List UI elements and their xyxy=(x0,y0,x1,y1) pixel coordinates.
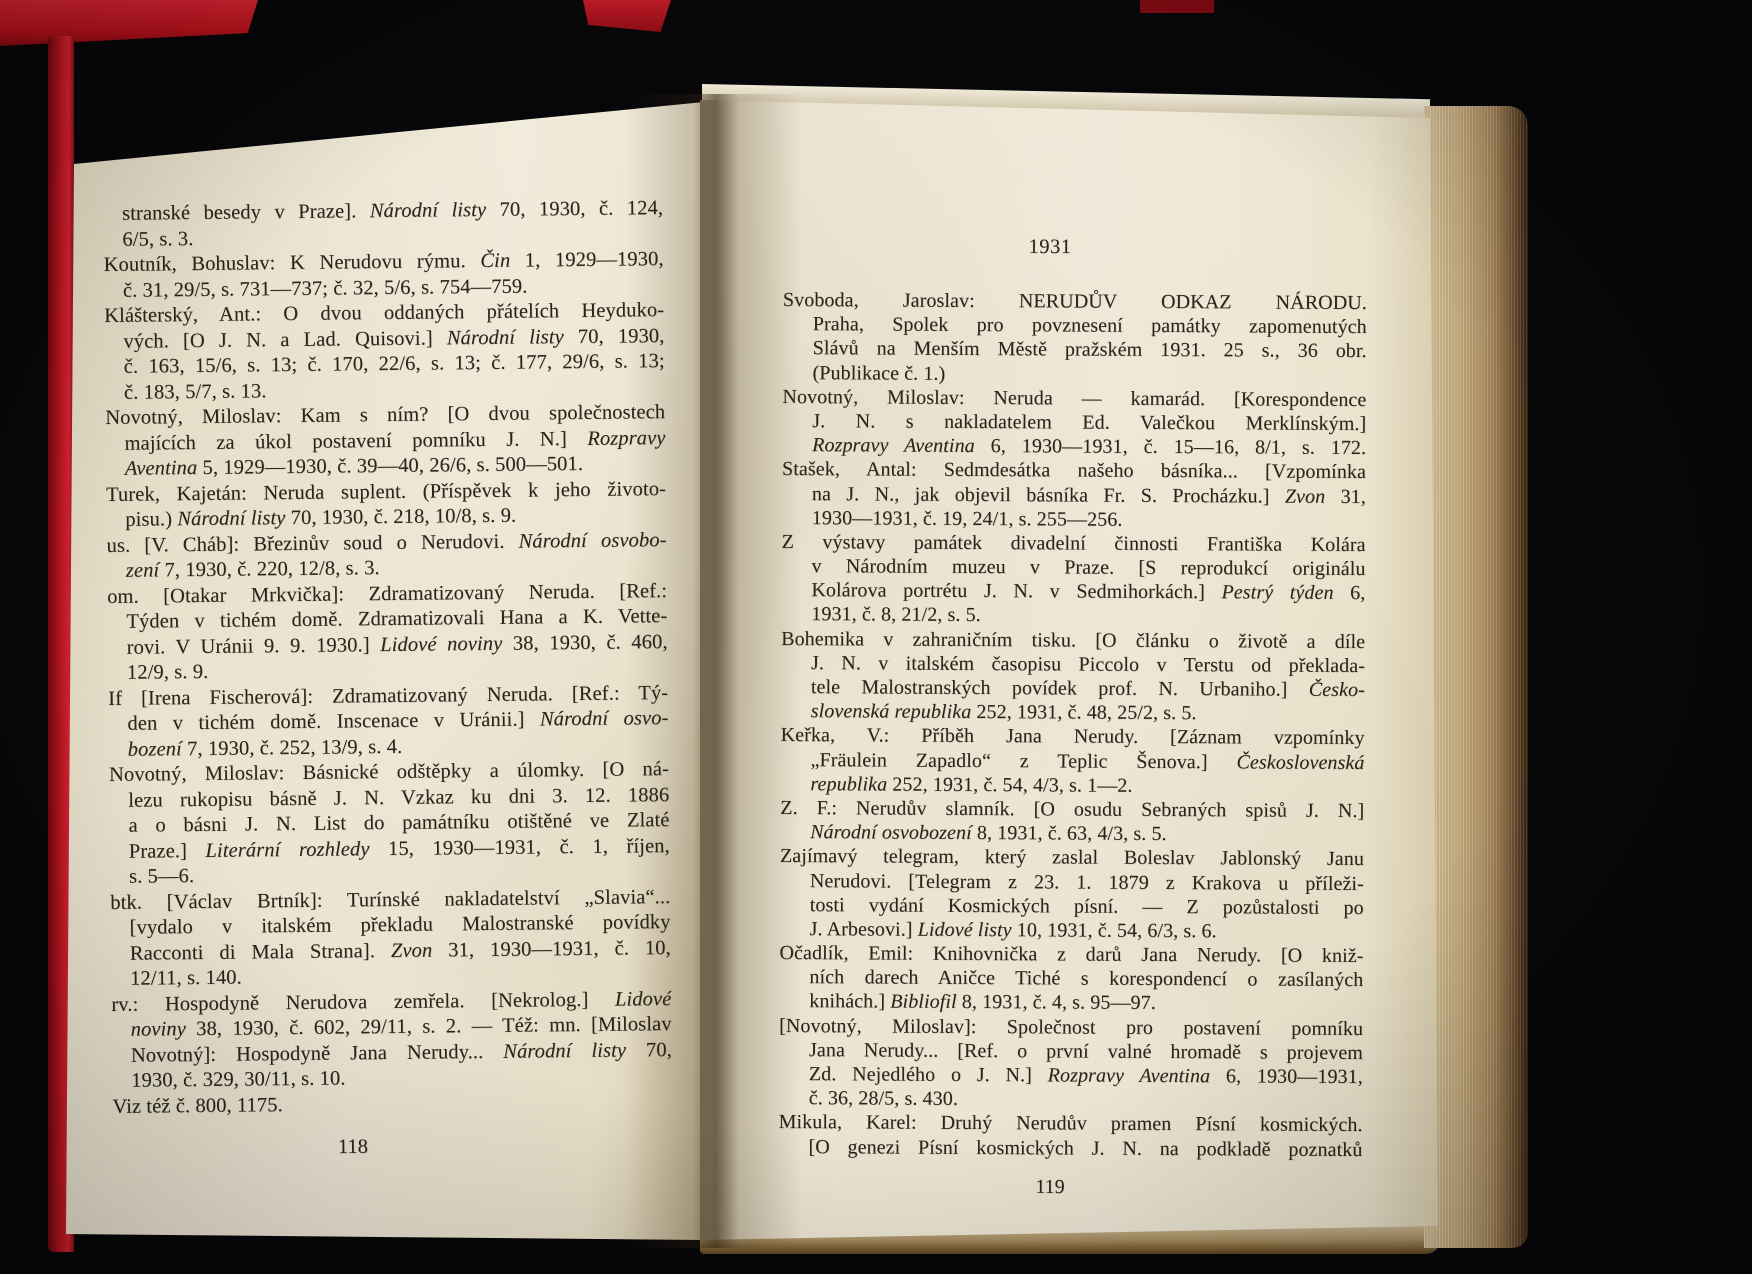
photo-vignette xyxy=(0,0,1752,1274)
